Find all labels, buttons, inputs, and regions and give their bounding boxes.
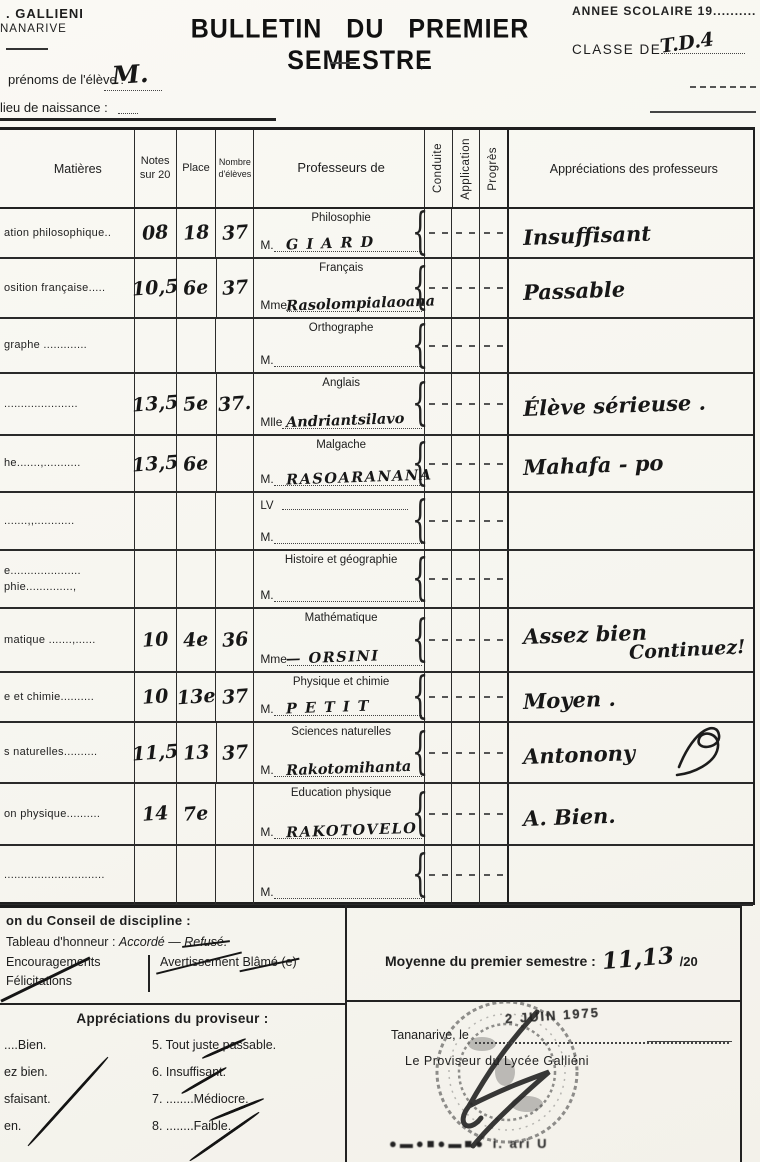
table-row: e et chimie.......... 10 13e 37 Physique… <box>0 673 753 723</box>
proviseur-item-3: sfaisant. <box>4 1092 152 1106</box>
conduite-marks-cell: { <box>424 259 509 317</box>
professeur-cell: Orthographe M. <box>254 319 424 372</box>
brace-icon: { <box>412 786 429 843</box>
place-cell: 6e <box>177 436 217 491</box>
student-name-label: prénoms de l'élève : <box>8 72 124 87</box>
bulletin-scan-page: . GALLIENI NANARIVE BULLETIN DU PREMIER … <box>0 0 760 1162</box>
appreciation-handwritten: Moyen . <box>522 681 749 714</box>
nombre-cell: 37 <box>216 673 254 721</box>
professeur-cell: Physique et chimie M. P E T I T <box>254 673 424 721</box>
dash-mark <box>456 232 475 234</box>
table-row: osition française..... 10,5 6e 37 França… <box>0 259 753 319</box>
matiere-cell: he.......,........... <box>0 436 135 491</box>
note-cell: 10,5 <box>135 259 177 317</box>
note-cell: 10 <box>135 673 177 721</box>
prof-prefix: M. <box>260 763 273 777</box>
dash-mark <box>456 874 475 876</box>
signer-title: Le Proviseur du Lycée Galliéni <box>405 1054 589 1068</box>
appreciation-cell <box>509 493 753 549</box>
subject-label: Malgache <box>260 439 422 455</box>
dash-mark <box>484 874 503 876</box>
prof-prefix: M. <box>260 530 273 544</box>
header-conduite: Conduite <box>432 143 444 193</box>
matiere-cell: .......,,............ <box>0 493 135 549</box>
appreciation-cell: Mahafa - po <box>509 436 753 491</box>
dash-mark <box>456 520 475 522</box>
conduite-marks-cell: { <box>424 609 509 671</box>
dotted-line <box>274 885 422 899</box>
dash-mark <box>456 813 475 815</box>
table-row: he.......,........... 13,5 6e Malgache M… <box>0 436 753 493</box>
nombre-cell <box>216 784 254 844</box>
proviseur-item-6: 6. Insuffisant. <box>152 1065 341 1079</box>
prof-prefix: M. <box>260 353 273 367</box>
subject-label: Philosophie <box>260 212 422 228</box>
table-header-row: Matières Notes sur 20 Place Nombre d'élè… <box>0 130 753 209</box>
table-row: ation philosophique.. 08 18 37 Philosoph… <box>0 209 753 259</box>
dash-mark <box>484 232 503 234</box>
brace-icon: { <box>412 376 429 433</box>
subject-label: LV <box>260 496 422 512</box>
prof-name-handwritten: G I A R D <box>286 233 375 253</box>
nombre-cell <box>217 436 255 491</box>
dotted-line <box>274 588 422 602</box>
dash-mark <box>456 578 475 580</box>
place-cell: 13e <box>177 673 217 721</box>
conduite-marks-cell: { <box>424 374 509 434</box>
appreciation-cell: Élève sérieuse . <box>509 374 753 434</box>
table-row: .......,,............ LV M. { <box>0 493 753 551</box>
appreciation-cell: Insuffisant <box>509 209 753 257</box>
subject-label: Histoire et géographie <box>260 554 422 570</box>
dash-mark <box>456 639 475 641</box>
professeur-cell: Sciences naturelles M. Rakotomihanta <box>254 723 424 782</box>
note-cell <box>135 846 177 904</box>
nombre-cell <box>216 846 254 904</box>
subject-label: Anglais <box>260 377 422 393</box>
subject-label <box>260 849 422 865</box>
professeur-cell: Malgache M. RASOARANANA <box>254 436 424 491</box>
subject-label: Physique et chimie <box>260 676 422 692</box>
conduite-marks-cell: { <box>424 784 509 844</box>
brace-icon: { <box>412 724 429 781</box>
brace-icon: { <box>412 551 429 608</box>
school-name-line2: NANARIVE <box>0 23 67 35</box>
dash-mark <box>429 520 448 522</box>
prof-prefix: M. <box>260 238 273 252</box>
discipline-title: on du Conseil de discipline : <box>6 913 339 928</box>
divider-line <box>148 955 150 992</box>
prof-prefix: M. <box>260 825 273 839</box>
appreciation-cell: Assez bien Continuez! <box>509 609 753 671</box>
subject-label: Sciences naturelles <box>260 726 422 742</box>
conduite-marks-cell: { <box>424 319 509 372</box>
brace-icon: { <box>412 317 429 374</box>
place-cell: 6e <box>177 259 217 317</box>
dotted-line <box>274 530 422 544</box>
note-cell: 13,5 <box>135 436 177 491</box>
dash-mark <box>484 813 503 815</box>
appreciation-cell: Antonony <box>509 723 753 782</box>
table-row: .............................. M. { <box>0 846 753 906</box>
matiere-cell: e et chimie.......... <box>0 673 135 721</box>
dash-mark <box>484 752 503 754</box>
dash-mark <box>429 345 448 347</box>
smudged-stamp-text: ●▬●■●▬■● i. ari U <box>389 1136 549 1151</box>
nombre-cell: 37 <box>217 259 255 317</box>
appreciation-cell: A. Bien. <box>509 784 753 844</box>
discipline-section: on du Conseil de discipline : Tableau d'… <box>0 905 347 1003</box>
matiere-cell: .............................. <box>0 846 135 904</box>
student-name-handwritten: M. <box>111 59 149 90</box>
moyenne-value-handwritten: 11,13 <box>601 942 675 975</box>
place-cell <box>177 551 217 607</box>
header-nombre: Nombre d'élèves <box>216 130 254 207</box>
conduite-marks-cell: { <box>424 673 509 721</box>
note-cell: 13,5 <box>135 374 177 434</box>
appreciation-handwritten <box>523 342 749 350</box>
dash-mark <box>429 813 448 815</box>
place-cell: 18 <box>177 209 217 257</box>
table-row: on physique.......... 14 7e Education ph… <box>0 784 753 846</box>
dash-mark <box>484 578 503 580</box>
brace-icon: { <box>412 612 429 669</box>
appreciation-handwritten <box>523 871 749 879</box>
dash-mark <box>484 287 503 289</box>
classe-label: CLASSE DE <box>572 42 745 57</box>
dash-mark <box>456 345 475 347</box>
prof-prefix: Mme <box>260 652 287 666</box>
dotted-line <box>475 1042 729 1044</box>
avertissement-option-struck: Avertissement <box>160 953 239 972</box>
nombre-cell: 37 <box>217 723 255 782</box>
dash-mark <box>484 520 503 522</box>
professeur-cell: LV M. <box>254 493 424 549</box>
dash-mark <box>456 696 475 698</box>
conduite-marks-cell: { <box>424 723 509 782</box>
proviseur-item-4: en. <box>4 1119 152 1133</box>
place-date-label: Tananarive, le <box>391 1028 469 1042</box>
dash-mark <box>429 696 448 698</box>
place-cell: 13 <box>177 723 217 782</box>
prof-name-handwritten: P E T I T <box>286 698 371 718</box>
dash-mark <box>484 639 503 641</box>
table-row: graphe ............. Orthographe M. { <box>0 319 753 374</box>
nombre-cell: 37 <box>216 209 254 257</box>
rule-line <box>6 48 48 50</box>
proviseur-section: Appréciations du proviseur : ....Bien. e… <box>0 1003 347 1162</box>
professeur-cell: Anglais Mlle Andriantsilavo <box>254 374 424 434</box>
appreciation-cell: Moyen . <box>509 673 753 721</box>
header-progres: Progrès <box>487 147 499 191</box>
brace-icon: { <box>412 205 429 262</box>
appreciation-handwritten <box>523 575 749 583</box>
appreciation-cell <box>509 846 753 904</box>
nombre-cell <box>216 551 254 607</box>
dash-mark <box>429 463 448 465</box>
prof-name-handwritten: — ORSINI <box>286 647 380 667</box>
prof-prefix: M. <box>260 588 273 602</box>
subject-label: Orthographe <box>260 322 422 338</box>
subject-label: Mathématique <box>260 612 422 628</box>
dash-mark <box>456 752 475 754</box>
dash-mark <box>456 463 475 465</box>
matiere-cell: graphe ............. <box>0 319 135 372</box>
brace-icon: { <box>412 847 429 904</box>
matiere-cell: ...................... <box>0 374 135 434</box>
note-cell: 08 <box>135 209 177 257</box>
dash-mark <box>484 345 503 347</box>
rule-line <box>0 118 276 121</box>
appreciation-handwritten: Élève sérieuse . <box>522 388 749 421</box>
blame-option-struck: Blâmé (e) <box>242 953 296 972</box>
place-cell <box>177 493 217 549</box>
professeur-cell: Education physique M. RAKOTOVELO <box>254 784 424 844</box>
school-name-line1: . GALLIENI <box>6 6 84 21</box>
dash-mark <box>429 639 448 641</box>
place-cell: 7e <box>177 784 217 844</box>
nombre-cell: 36 <box>216 609 254 671</box>
note-cell: 14 <box>135 784 177 844</box>
professeur-cell: Français Mme Rasolompialaoana <box>254 259 424 317</box>
ruled-line <box>647 1041 732 1042</box>
subject-label: Education physique <box>260 787 422 803</box>
place-cell: 4e <box>177 609 217 671</box>
proviseur-item-5: 5. Tout juste passable. <box>152 1038 341 1052</box>
dash-mark <box>429 578 448 580</box>
proviseur-item-2: ez bien. <box>4 1065 152 1079</box>
dotted-line <box>118 113 138 114</box>
matiere-cell: e..................... phie.............… <box>0 551 135 607</box>
note-cell <box>135 493 177 549</box>
tableau-honneur-line: Tableau d'honneur : Accordé — Refusé. <box>6 935 339 949</box>
brace-icon: { <box>412 260 429 317</box>
refuse-option-struck: Refusé. <box>184 935 227 949</box>
matiere-cell: s naturelles.......... <box>0 723 135 782</box>
table-row: e..................... phie.............… <box>0 551 753 609</box>
header-application: Application <box>460 138 472 200</box>
note-cell: 10 <box>135 609 177 671</box>
stray-mark: ,′ <box>420 56 426 71</box>
dash-mark <box>429 874 448 876</box>
subject-label: Français <box>260 262 422 278</box>
prof-prefix: M. <box>260 472 273 486</box>
conduite-marks-cell: { <box>424 493 509 549</box>
matiere-cell: on physique.......... <box>0 784 135 844</box>
signature-flourish <box>665 717 735 779</box>
birthplace-label: lieu de naissance : <box>0 100 108 115</box>
matiere-cell: osition française..... <box>0 259 135 317</box>
header-matieres: Matières <box>0 130 135 207</box>
conduite-marks-cell: { <box>424 436 509 491</box>
table-body: ation philosophique.. 08 18 37 Philosoph… <box>0 209 753 906</box>
prof-prefix: M. <box>260 885 273 899</box>
annee-scolaire-label: ANNEE SCOLAIRE 19.......... <box>572 4 756 18</box>
header-notes: Notes sur 20 <box>135 130 177 207</box>
dash-mark <box>429 232 448 234</box>
moyenne-label: Moyenne du premier semestre : <box>385 953 596 969</box>
dash-mark <box>456 403 475 405</box>
note-cell <box>135 319 177 372</box>
page-title: BULLETIN DU PREMIER SEMESTRE <box>150 14 570 77</box>
dotted-line <box>274 353 422 367</box>
professeur-cell: Histoire et géographie M. <box>254 551 424 607</box>
place-cell <box>177 846 217 904</box>
ruled-line <box>650 111 756 113</box>
dash-mark <box>429 403 448 405</box>
note-cell: 11,5 <box>135 723 177 782</box>
dotted-line <box>104 90 162 91</box>
felicitations-option-struck: Félicitations <box>6 972 72 991</box>
nombre-cell: 37. <box>217 374 255 434</box>
header-appreciations: Appréciations des professeurs <box>509 130 753 207</box>
appreciation-cell <box>509 551 753 607</box>
grades-table: Matières Notes sur 20 Place Nombre d'élè… <box>0 127 755 905</box>
accorde-option: Accordé <box>119 935 165 949</box>
table-row: matique .......,...... 10 4e 36 Mathémat… <box>0 609 753 673</box>
place-cell <box>177 319 217 372</box>
brace-icon: { <box>412 435 429 492</box>
conduite-marks-cell: { <box>424 209 509 257</box>
nombre-cell <box>216 493 254 549</box>
header-professeurs: Professeurs de <box>254 130 424 207</box>
place-cell: 5e <box>177 374 217 434</box>
dash-mark <box>484 463 503 465</box>
professeur-cell: M. <box>254 846 424 904</box>
note-cell <box>135 551 177 607</box>
moyenne-outof: /20 <box>680 954 698 969</box>
ruled-line <box>690 86 756 88</box>
prof-prefix: Mme <box>260 298 287 312</box>
table-row: ...................... 13,5 5e 37. Angla… <box>0 374 753 436</box>
dash-mark <box>484 403 503 405</box>
appreciation-cell: Passable <box>509 259 753 317</box>
dash-mark <box>429 752 448 754</box>
matiere-cell: matique .......,...... <box>0 609 135 671</box>
signature-section: 2 JUIN 1975 Tananarive, le Le Proviseur … <box>347 1000 742 1162</box>
brace-icon: { <box>412 493 429 550</box>
table-row: s naturelles.......... 11,5 13 37 Scienc… <box>0 723 753 784</box>
matiere-cell: ation philosophique.. <box>0 209 135 257</box>
appreciation-handwritten: Mahafa - po <box>522 447 749 480</box>
appreciation-handwritten <box>523 517 749 525</box>
proviseur-item-1: ....Bien. <box>4 1038 152 1052</box>
proviseur-title: Appréciations du proviseur : <box>4 1011 341 1026</box>
dash-mark <box>484 696 503 698</box>
appreciation-handwritten: Passable <box>522 272 749 305</box>
nombre-cell <box>216 319 254 372</box>
stray-dash <box>330 62 356 64</box>
dash-mark <box>456 287 475 289</box>
prof-prefix: M. <box>260 702 273 716</box>
dash-mark <box>429 287 448 289</box>
professeur-cell: Philosophie M. G I A R D <box>254 209 424 257</box>
conduite-marks-cell: { <box>424 846 509 904</box>
header-place: Place <box>177 130 217 207</box>
brace-icon: { <box>412 669 429 726</box>
header-conduite-group: Conduite Application Progrès <box>424 130 509 207</box>
conduite-marks-cell: { <box>424 551 509 607</box>
professeur-cell: Mathématique Mme — ORSINI <box>254 609 424 671</box>
appreciation-handwritten: Insuffisant <box>522 217 749 250</box>
appreciation-handwritten: A. Bien. <box>522 798 749 831</box>
prof-prefix: Mlle <box>260 415 282 429</box>
appreciation-cell <box>509 319 753 372</box>
